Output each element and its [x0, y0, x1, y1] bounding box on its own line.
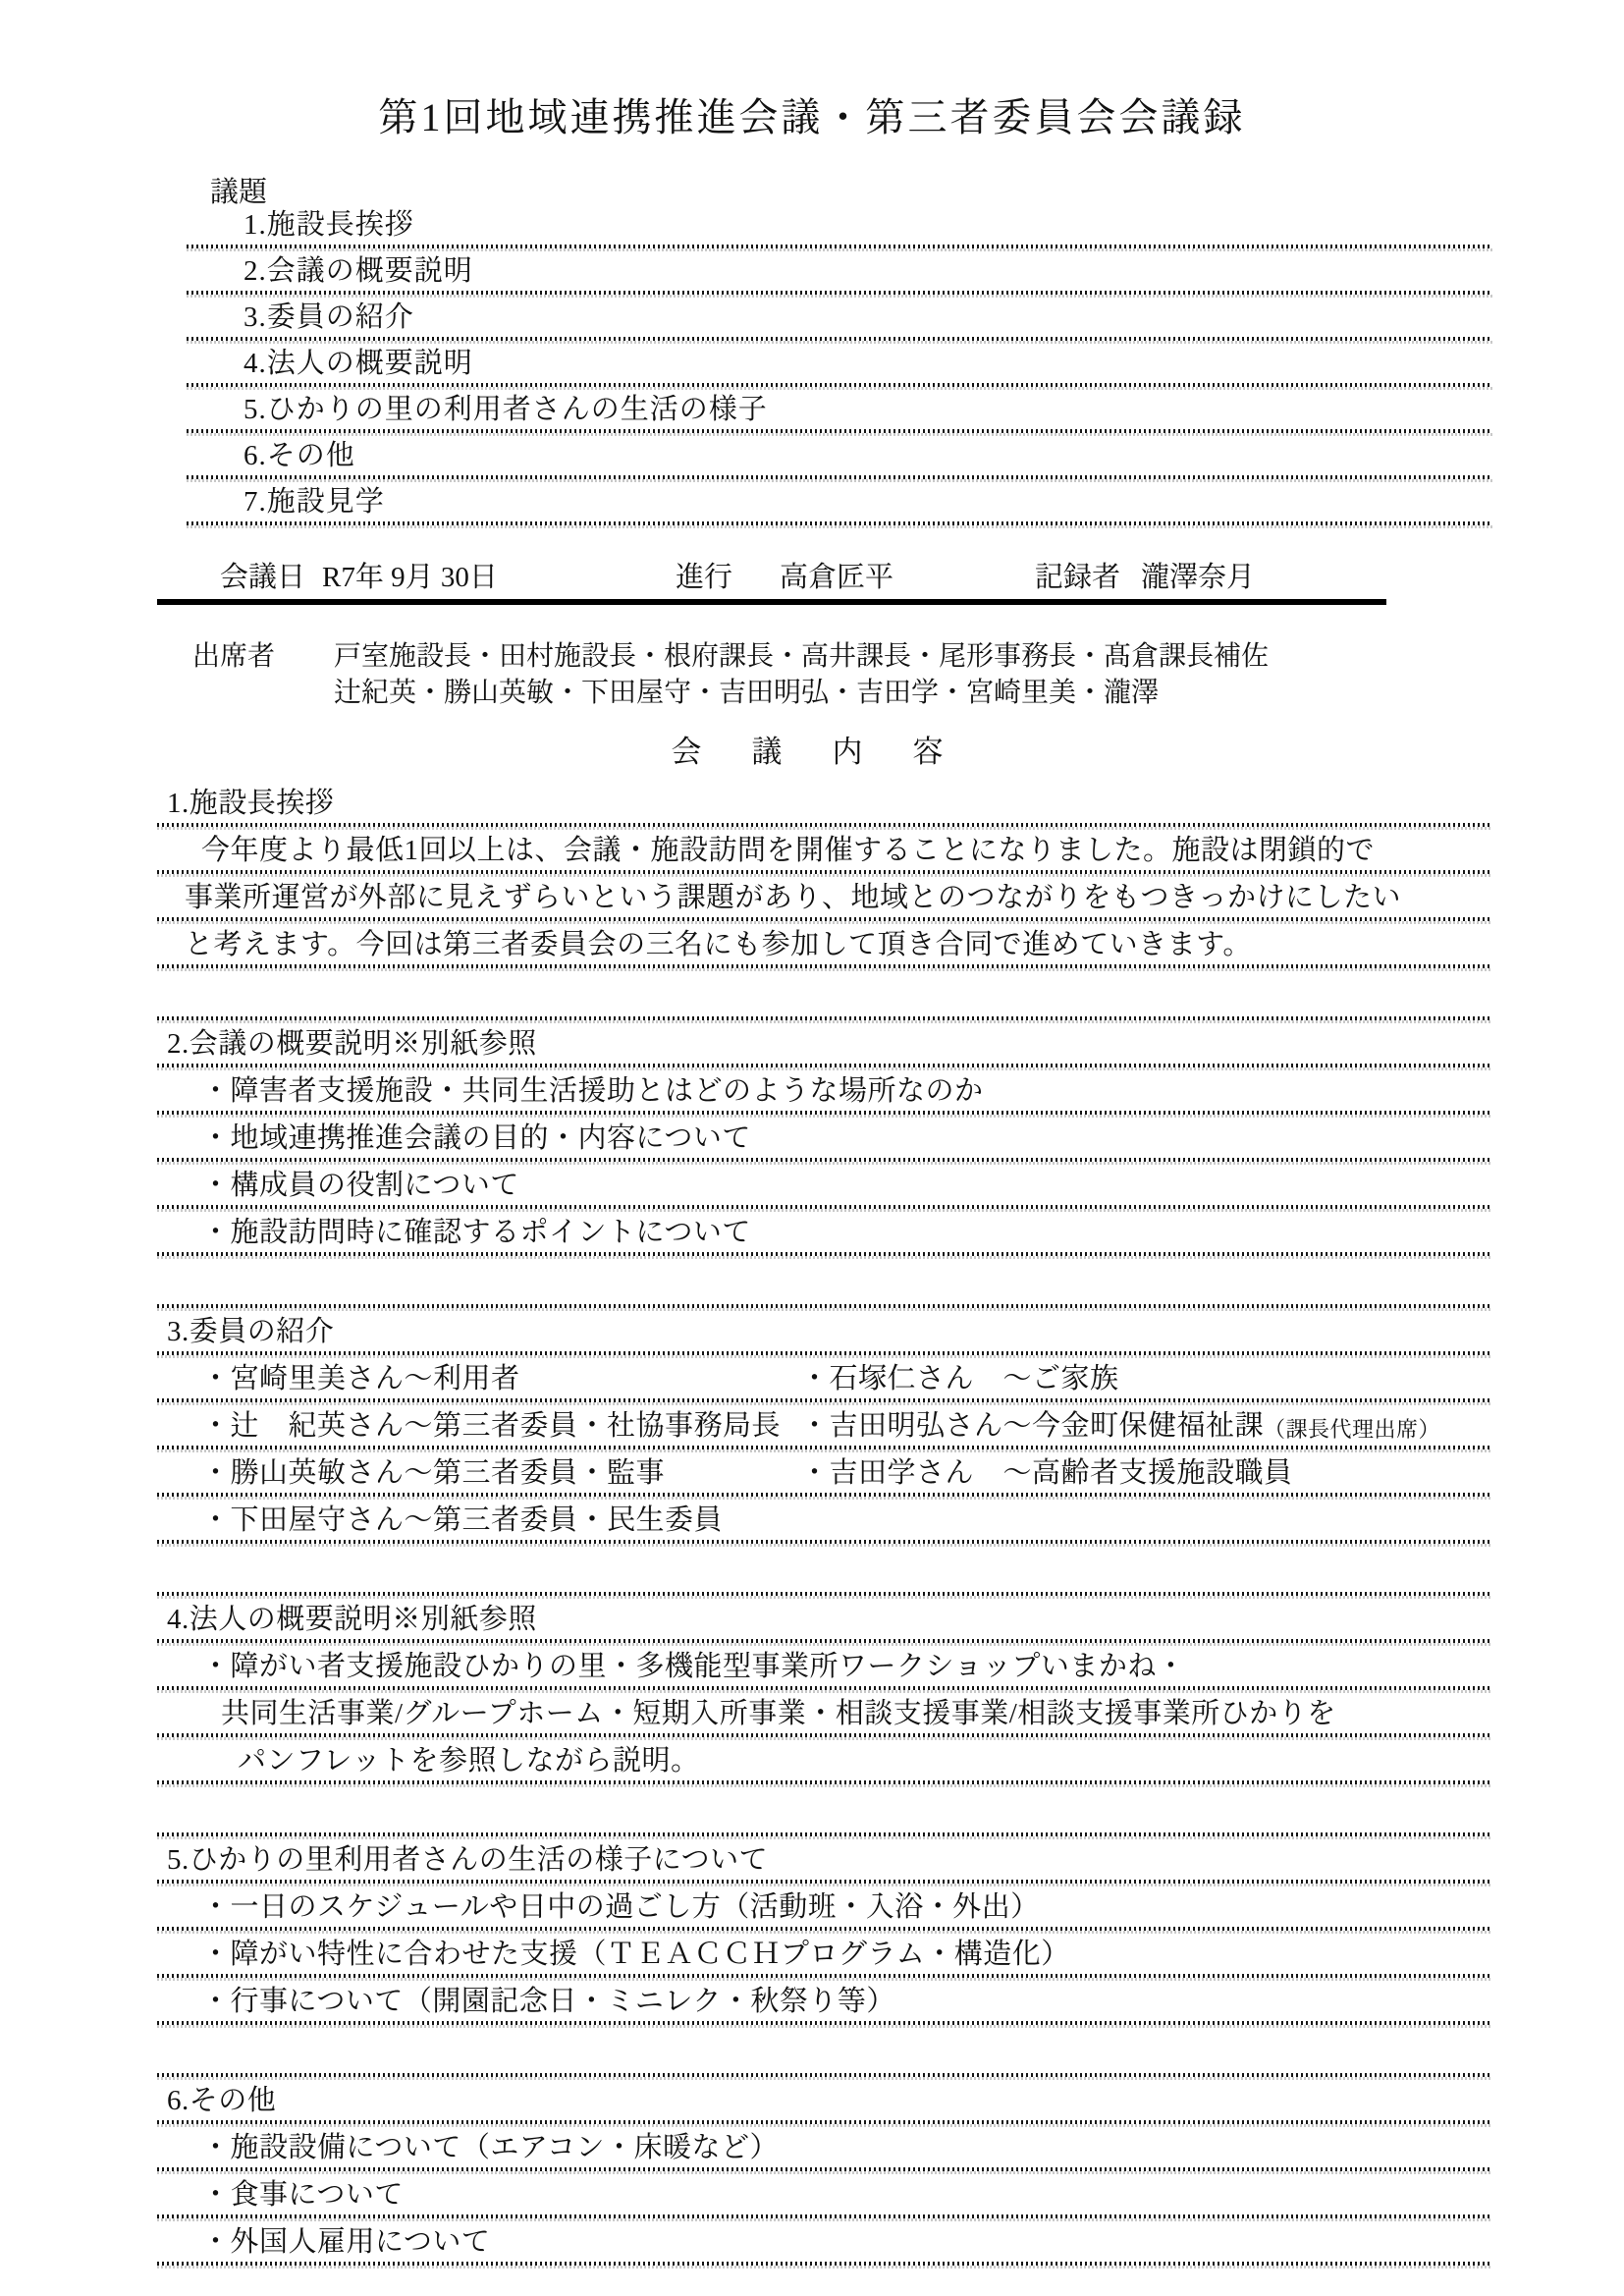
- section-row: ・辻 紀英さん～第三者委員・社協事務局長・吉田明弘さん～今金町保健福祉課（課長代…: [157, 1405, 1490, 1446]
- section-gap: [157, 2028, 1490, 2073]
- dotted-divider: [157, 1252, 1490, 1259]
- committee-member-left: ・宮崎里美さん～利用者: [201, 1356, 800, 1396]
- meeting-date-value: R7年 9月 30日: [322, 555, 498, 595]
- section-gap: [157, 971, 1490, 1016]
- content-header: 会 議 内 容: [0, 727, 1624, 771]
- recorder-name: 瀧澤奈月: [1141, 555, 1255, 595]
- attendees-line-2: 辻紀英・勝山英敏・下田屋守・吉田明弘・吉田学・宮崎里美・瀧澤: [334, 675, 1490, 711]
- section-gap: [157, 1547, 1490, 1592]
- meeting-date-label: 会議日: [220, 555, 305, 595]
- section-row: ・下田屋守さん～第三者委員・民生委員: [157, 1500, 1490, 1540]
- dotted-divider: [157, 1304, 1490, 1311]
- dotted-divider: [157, 2262, 1490, 2269]
- agenda-item: 6.その他: [187, 436, 1492, 475]
- committee-member-left: ・辻 紀英さん～第三者委員・社協事務局長: [201, 1403, 800, 1444]
- section-row: ・勝山英敏さん～第三者委員・監事・吉田学さん ～高齢者支援施設職員: [157, 1452, 1490, 1493]
- dotted-divider: [157, 2021, 1490, 2028]
- section-row: ・行事について（開園記念日・ミニレク・秋祭り等）: [157, 1981, 1490, 2021]
- facilitator-name: 高倉匠平: [780, 555, 893, 595]
- section-row: ・障がい特性に合わせた支援（ＴＥＡＣＣＨプログラム・構造化）: [157, 1934, 1490, 1974]
- section-row: ・一日のスケジュールや日中の過ごし方（活動班・入浴・外出）: [157, 1886, 1490, 1927]
- section-heading: 6.その他: [157, 2080, 1490, 2120]
- agenda-item: 2.会議の概要説明: [187, 251, 1492, 291]
- section-heading: 2.会議の概要説明※別紙参照: [157, 1023, 1490, 1064]
- section-heading: 5.ひかりの里利用者さんの生活の様子について: [157, 1839, 1490, 1880]
- section-row: ・構成員の役割について: [157, 1165, 1490, 1205]
- section-row: 今年度より最低1回以上は、会議・施設訪問を開催することになりました。施設は閉鎖的…: [157, 830, 1490, 870]
- section-row: パンフレットを参照しながら説明。: [157, 1740, 1490, 1780]
- section-row: ・食事について: [157, 2174, 1490, 2214]
- section-row: ・障がい者支援施設ひかりの里・多機能型事業所ワークショップいまかね・: [157, 1646, 1490, 1686]
- section-row: ・外国人雇用について: [157, 2221, 1490, 2262]
- document-title: 第1回地域連携推進会議・第三者委員会会議録: [0, 86, 1624, 142]
- dotted-divider: [157, 1540, 1490, 1547]
- agenda-item: 7.施設見学: [187, 482, 1492, 521]
- committee-member-right: ・吉田学さん ～高齢者支援施設職員: [800, 1450, 1293, 1491]
- attendees-block: 出席者 戸室施設長・田村施設長・根府課長・高井課長・尾形事務長・髙倉課長補佐 辻…: [157, 638, 1490, 711]
- section-row: ・施設設備について（エアコン・床暖など）: [157, 2127, 1490, 2167]
- committee-member-right: ・石塚仁さん ～ご家族: [800, 1356, 1119, 1396]
- attendees-label: 出席者: [192, 638, 275, 675]
- section-heading: 4.法人の概要説明※別紙参照: [157, 1599, 1490, 1639]
- section-row: ・宮崎里美さん～利用者・石塚仁さん ～ご家族: [157, 1358, 1490, 1398]
- agenda-list: 1.施設長挨拶2.会議の概要説明3.委員の紹介4.法人の概要説明5.ひかりの里の…: [187, 205, 1492, 528]
- section-row: と考えます。今回は第三者委員会の三名にも参加して頂き合同で進めていきます。: [157, 924, 1490, 964]
- section-heading: 1.施設長挨拶: [157, 783, 1490, 823]
- dotted-divider: [187, 521, 1492, 528]
- meeting-content: 1.施設長挨拶今年度より最低1回以上は、会議・施設訪問を開催することになりました…: [157, 783, 1490, 2269]
- attendees-line-1: 戸室施設長・田村施設長・根府課長・高井課長・尾形事務長・髙倉課長補佐: [334, 638, 1490, 675]
- agenda-label: 議題: [210, 170, 1624, 205]
- agenda-item: 1.施設長挨拶: [187, 205, 1492, 245]
- committee-member-right: ・吉田明弘さん～今金町保健福祉課: [800, 1403, 1264, 1444]
- meeting-info-row: 会議日 R7年 9月 30日 進行 高倉匠平 記録者 瀧澤奈月: [157, 558, 1386, 605]
- agenda-item: 5.ひかりの里の利用者さんの生活の様子: [187, 390, 1492, 429]
- section-row: ・施設訪問時に確認するポイントについて: [157, 1212, 1490, 1252]
- section-row: ・地域連携推進会議の目的・内容について: [157, 1118, 1490, 1158]
- committee-member-left: ・下田屋守さん～第三者委員・民生委員: [201, 1498, 800, 1538]
- dotted-divider: [157, 1780, 1490, 1787]
- member-note: （課長代理出席）: [1264, 1413, 1440, 1444]
- section-row: 共同生活事業/グループホーム・短期入所事業・相談支援事業/相談支援事業所ひかりを: [157, 1693, 1490, 1733]
- recorder-label: 記録者: [1035, 555, 1120, 595]
- section-gap: [157, 1259, 1490, 1304]
- document-page: 第1回地域連携推進会議・第三者委員会会議録 議題 1.施設長挨拶2.会議の概要説…: [0, 0, 1624, 2296]
- agenda-item: 3.委員の紹介: [187, 298, 1492, 337]
- dotted-divider: [187, 429, 1492, 436]
- committee-member-left: ・勝山英敏さん～第三者委員・監事: [201, 1450, 800, 1491]
- dotted-divider: [157, 2073, 1490, 2080]
- section-heading: 3.委員の紹介: [157, 1311, 1490, 1351]
- section-row: ・障害者支援施設・共同生活援助とはどのような場所なのか: [157, 1070, 1490, 1111]
- facilitator-label: 進行: [676, 555, 732, 595]
- section-gap: [157, 1787, 1490, 1832]
- section-row: 事業所運営が外部に見えずらいという課題があり、地域とのつながりをもつきっかけにし…: [157, 877, 1490, 917]
- agenda-item: 4.法人の概要説明: [187, 344, 1492, 383]
- dotted-divider: [157, 964, 1490, 971]
